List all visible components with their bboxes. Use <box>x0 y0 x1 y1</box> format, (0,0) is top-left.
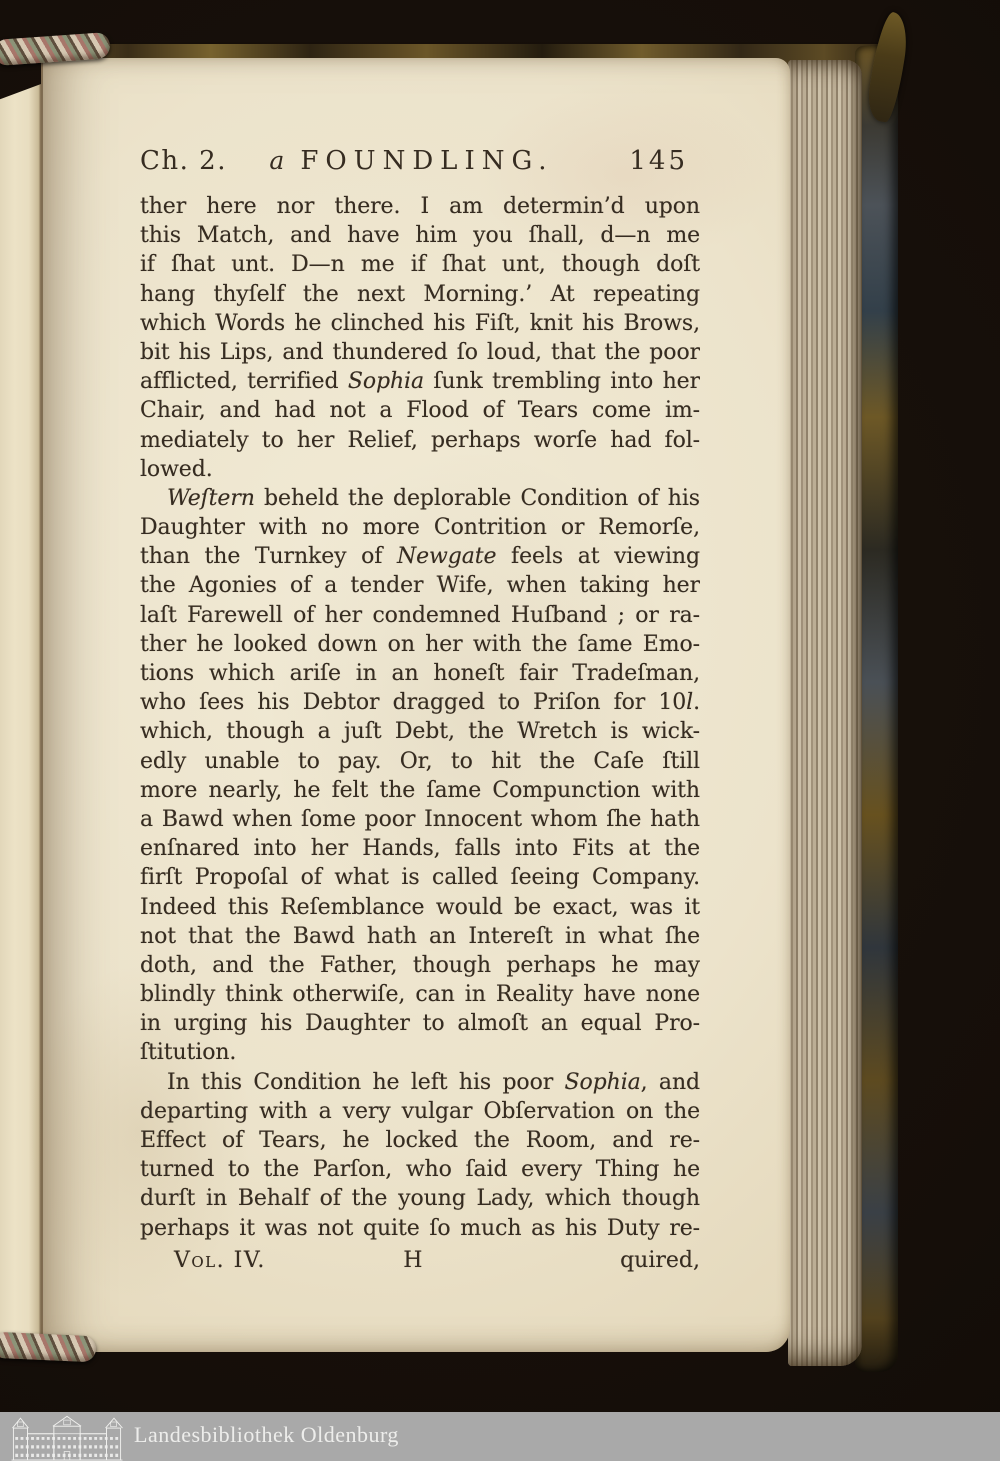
text-line: doth, and the Father, though perhaps he … <box>140 951 700 980</box>
text-segment: blindly think otherwiſe, can in Reality … <box>140 982 700 1007</box>
text-segment: departing with a very vulgar Obſervation… <box>140 1099 700 1124</box>
library-building-icon <box>10 1414 124 1461</box>
text-segment: bit his Lips, and thundered ſo loud, tha… <box>140 340 700 365</box>
text-line: ther he looked down on her with the ſame… <box>140 630 700 659</box>
text-line: enſnared into her Hands, falls into Fits… <box>140 834 700 863</box>
text-segment: ther here nor there. I am determin’d upo… <box>140 194 700 219</box>
text-line: lowed. <box>140 455 700 484</box>
text-line: bit his Lips, and thundered ſo loud, tha… <box>140 338 700 367</box>
page-stack-fore-edge <box>788 60 862 1366</box>
text-line: a Bawd when ſome poor Innocent whom ſhe … <box>140 805 700 834</box>
printed-text-block: Ch. 2. aFOUNDLING. 145 ‘ther here nor th… <box>140 146 700 1276</box>
text-line: Daughter with no more Contrition or Remo… <box>140 513 700 542</box>
signature-line: Vol. IV. H quired, <box>140 1246 700 1276</box>
italic-text-segment: Sophia <box>348 369 424 394</box>
text-line: edly unable to pay. Or, to hit the Caſe … <box>140 747 700 776</box>
text-segment: Indeed this Reſemblance would be exact, … <box>140 895 700 920</box>
text-segment: Daughter with no more Contrition or Remo… <box>140 515 700 540</box>
text-segment: in urging his Daughter to almoſt an equa… <box>140 1011 700 1036</box>
text-segment: afflicted, terrified <box>140 369 348 394</box>
text-segment: this Match, and have him you ſhall, d—n … <box>140 223 700 248</box>
text-segment: which, though a juſt Debt, the Wretch is… <box>140 719 700 744</box>
italic-text-segment: Newgate <box>397 544 496 569</box>
text-segment: ther he looked down on her with the ſame… <box>140 632 700 657</box>
text-line: more nearly, he felt the ſame Compunctio… <box>140 776 700 805</box>
text-line: firſt Propoſal of what is called ſeeing … <box>140 863 700 892</box>
text-segment: the Agonies of a tender Wife, when takin… <box>140 573 700 598</box>
book-scan-view: Ch. 2. aFOUNDLING. 145 ‘ther here nor th… <box>0 0 1000 1461</box>
text-segment: ſunk trembling into her <box>424 369 700 394</box>
text-line: which Words he clinched his Fiſt, knit h… <box>140 309 700 338</box>
text-line: ‘ther here nor there. I am determin’d up… <box>140 192 700 221</box>
text-segment: a Bawd when ſome poor Innocent whom ſhe … <box>140 807 700 832</box>
text-line: ‘hang thyſelf the next Morning.’ At repe… <box>140 280 700 309</box>
text-segment: In this Condition he left his poor <box>167 1070 565 1095</box>
text-line: ‘this Match, and have him you ſhall, d—n… <box>140 221 700 250</box>
text-segment: who ſees his Debtor dragged to Priſon fo… <box>140 690 686 715</box>
text-line: ‘if ſhat unt. D—n me if ſhat unt, though… <box>140 250 700 279</box>
text-line: turned to the Parſon, who ſaid every Thi… <box>140 1155 700 1184</box>
text-line: laſt Farewell of her condemned Huſband ;… <box>140 601 700 630</box>
text-segment: edly unable to pay. Or, to hit the Caſe … <box>140 749 700 774</box>
text-line: the Agonies of a tender Wife, when takin… <box>140 571 700 600</box>
body-text: ‘ther here nor there. I am determin’d up… <box>140 192 700 1243</box>
italic-text-segment: Sophia <box>565 1070 641 1095</box>
text-line: in urging his Daughter to almoſt an equa… <box>140 1009 700 1038</box>
italic-text-segment: Weſtern <box>167 486 255 511</box>
text-segment: durſt in Behalf of the young Lady, which… <box>140 1186 700 1211</box>
text-segment: not that the Bawd hath an Intereſt in wh… <box>140 924 700 949</box>
headband-cord-bottom <box>0 1332 97 1363</box>
text-line: durſt in Behalf of the young Lady, which… <box>140 1184 700 1213</box>
text-line: afflicted, terrified Sophia ſunk trembli… <box>140 367 700 396</box>
text-segment: laſt Farewell of her condemned Huſband ;… <box>140 603 700 628</box>
text-segment: firſt Propoſal of what is called ſeeing … <box>140 865 700 890</box>
text-line: In this Condition he left his poor Sophi… <box>140 1068 700 1097</box>
text-line: than the Turnkey of Newgate feels at vie… <box>140 542 700 571</box>
title-text: FOUNDLING. <box>300 146 553 176</box>
text-line: mediately to her Relief, perhaps worſe h… <box>140 426 700 455</box>
text-segment: than the Turnkey of <box>140 544 397 569</box>
library-footer-bar: Landesbibliothek Oldenburg <box>0 1412 1000 1461</box>
text-segment: hang thyſelf the next Morning.’ At repea… <box>140 282 700 307</box>
text-line: Weſtern beheld the deplorable Condition … <box>140 484 700 513</box>
gathering-signature: H <box>403 1246 422 1276</box>
text-segment: doth, and the Father, though perhaps he … <box>140 953 700 978</box>
running-header: Ch. 2. aFOUNDLING. 145 <box>140 146 700 186</box>
text-segment: ſtitution. <box>140 1040 236 1065</box>
chapter-label: Ch. 2. <box>140 146 227 176</box>
text-segment: tions which ariſe in an honeſt fair Trad… <box>140 661 700 686</box>
text-line: perhaps it was not quite ſo much as his … <box>140 1214 700 1243</box>
text-segment: beheld the deplorable Condition of his <box>255 486 700 511</box>
text-line: Indeed this Reſemblance would be exact, … <box>140 893 700 922</box>
text-line: departing with a very vulgar Obſervation… <box>140 1097 700 1126</box>
text-line: who ſees his Debtor dragged to Priſon fo… <box>140 688 700 717</box>
catchword: quired, <box>620 1246 700 1276</box>
text-line: Effect of Tears, he locked the Room, and… <box>140 1126 700 1155</box>
text-segment: enſnared into her Hands, falls into Fits… <box>140 836 700 861</box>
text-segment: which Words he clinched his Fiſt, knit h… <box>140 311 700 336</box>
text-segment: if ſhat unt. D—n me if ſhat unt, though … <box>140 252 700 277</box>
text-segment: mediately to her Relief, perhaps worſe h… <box>140 428 700 453</box>
text-segment: Chair, and had not a Flood of Tears come… <box>140 398 700 423</box>
text-segment: lowed. <box>140 457 213 482</box>
text-line: tions which ariſe in an honeſt fair Trad… <box>140 659 700 688</box>
text-line: ſtitution. <box>140 1038 700 1067</box>
volume-label: Vol. IV. <box>174 1248 266 1273</box>
text-segment: . <box>693 690 700 715</box>
text-segment: feels at viewing <box>496 544 700 569</box>
page-number: 145 <box>596 146 700 176</box>
text-segment: Effect of Tears, he locked the Room, and… <box>140 1128 700 1153</box>
text-line: not that the Bawd hath an Intereſt in wh… <box>140 922 700 951</box>
library-name: Landesbibliothek Oldenburg <box>134 1412 399 1461</box>
text-line: blindly think otherwiſe, can in Reality … <box>140 980 700 1009</box>
text-segment: perhaps it was not quite ſo much as his … <box>140 1216 700 1241</box>
text-segment: more nearly, he felt the ſame Compunctio… <box>140 778 700 803</box>
title-article: a <box>269 146 284 175</box>
text-segment: , and <box>641 1070 700 1095</box>
page-title: aFOUNDLING. <box>227 146 596 176</box>
text-line: Chair, and had not a Flood of Tears come… <box>140 396 700 425</box>
text-line: which, though a juſt Debt, the Wretch is… <box>140 717 700 746</box>
text-segment: turned to the Parſon, who ſaid every Thi… <box>140 1157 700 1182</box>
